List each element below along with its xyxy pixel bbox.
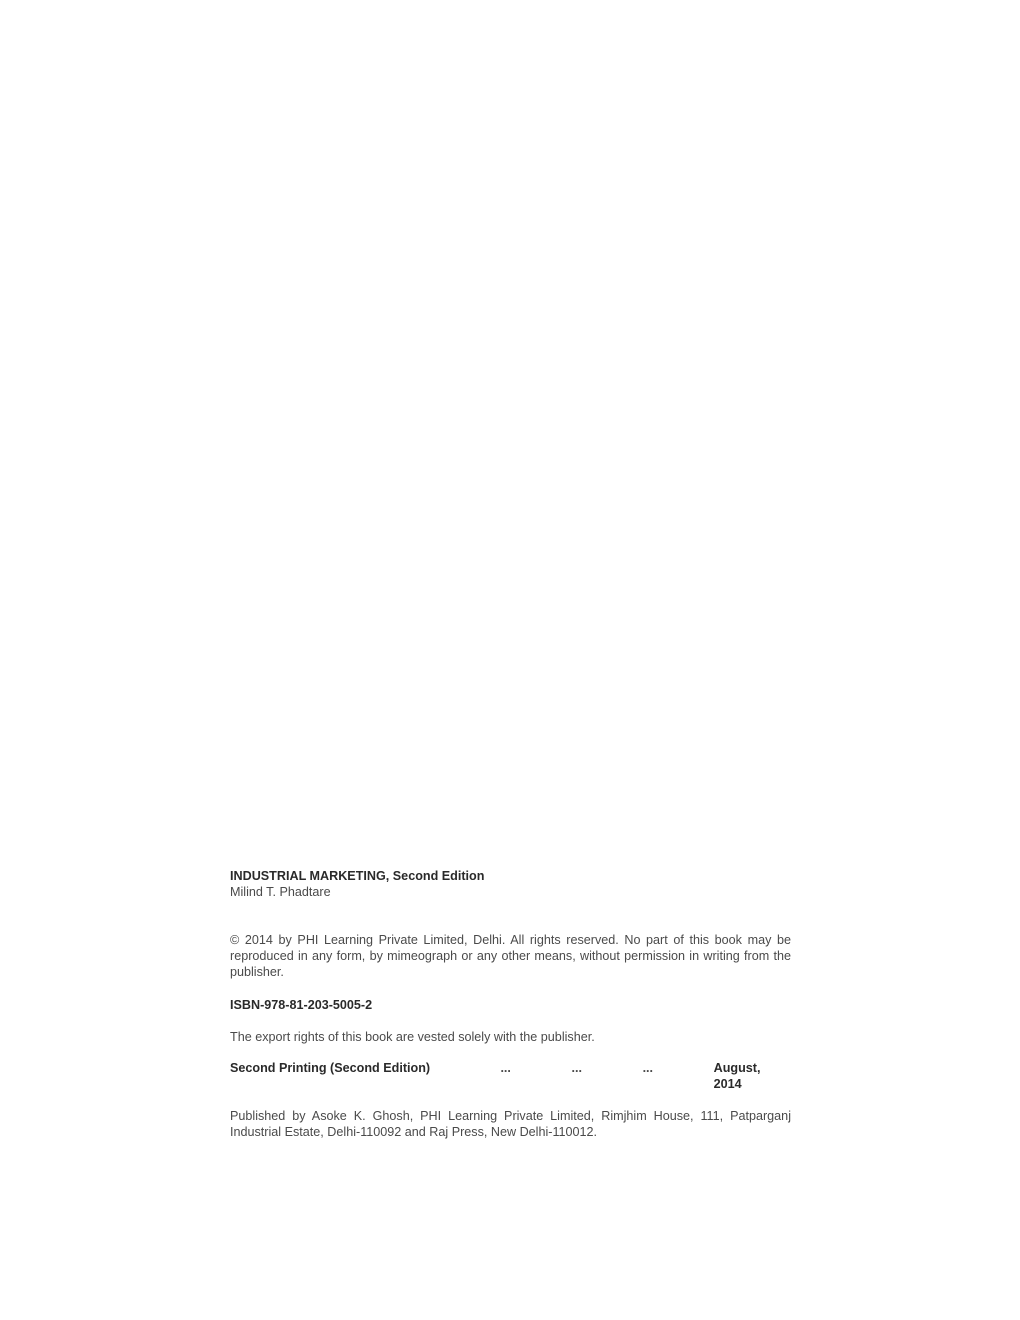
export-rights: The export rights of this book are veste… — [230, 1029, 791, 1045]
printing-label: Second Printing (Second Edition) — [230, 1060, 500, 1076]
publisher-info: Published by Asoke K. Ghosh, PHI Learnin… — [230, 1108, 791, 1140]
copyright-notice: © 2014 by PHI Learning Private Limited, … — [230, 932, 791, 980]
leader-dots: ... — [643, 1060, 714, 1076]
book-title: INDUSTRIAL MARKETING, Second Edition — [230, 868, 791, 884]
printing-line: Second Printing (Second Edition) ... ...… — [230, 1060, 791, 1092]
title-block: INDUSTRIAL MARKETING, Second Edition Mil… — [230, 868, 791, 900]
isbn: ISBN-978-81-203-5005-2 — [230, 997, 791, 1013]
printing-date: August, 2014 — [714, 1060, 791, 1092]
leader-dots: ... — [572, 1060, 643, 1076]
author-name: Milind T. Phadtare — [230, 884, 791, 900]
leader-dots: ... — [500, 1060, 571, 1076]
